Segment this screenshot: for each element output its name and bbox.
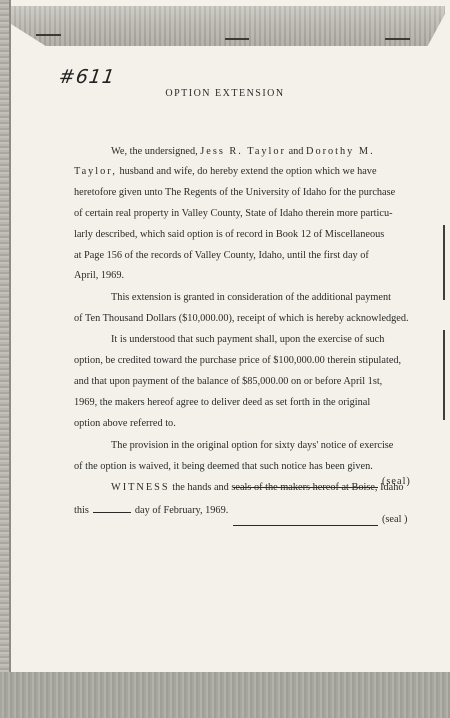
- margin-mark: [443, 225, 445, 300]
- folded-top-edge: [11, 6, 445, 46]
- party-name: Dorothy M.: [306, 146, 375, 157]
- para2-line1: This extension is granted in considerati…: [111, 292, 391, 303]
- scan-left-edge: [0, 0, 11, 718]
- witness-word: WITNESS: [111, 482, 170, 493]
- fold-mark: [36, 34, 61, 36]
- party-name: Taylor,: [74, 166, 117, 177]
- para1-line6: at Page 156 of the records of Valley Cou…: [74, 250, 369, 261]
- text: We, the undersigned,: [111, 146, 198, 157]
- para3-line2: option, be credited toward the purchase …: [74, 355, 401, 366]
- para1-line3: heretofore given unto The Regents of the…: [74, 187, 395, 198]
- margin-mark: [443, 330, 445, 420]
- party-name: Jess R. Taylor: [200, 146, 286, 157]
- text: this: [74, 505, 89, 516]
- signature-line-1: [233, 487, 378, 488]
- para1-line4: of certain real property in Valley Count…: [74, 208, 393, 219]
- para3-line5: option above referred to.: [74, 418, 176, 429]
- file-number: #611: [57, 66, 116, 88]
- signature-line-2: [233, 525, 378, 526]
- document-title: OPTION EXTENSION: [0, 88, 450, 99]
- text: and: [289, 146, 304, 157]
- para4-line2: of the option is waived, it being deemed…: [74, 461, 373, 472]
- seal-label-2: (seal ): [382, 514, 407, 525]
- seal-label-1: (seal): [382, 476, 411, 487]
- day-blank: [93, 503, 131, 513]
- para1-line1: We, the undersigned, Jess R. Taylor and …: [111, 146, 375, 157]
- text: day of February, 1969.: [135, 505, 228, 516]
- text: husband and wife, do hereby extend the o…: [119, 166, 376, 177]
- para3-line3: and that upon payment of the balance of …: [74, 376, 382, 387]
- witness-line2: thisday of February, 1969.: [74, 503, 228, 516]
- para1-line2: Taylor, husband and wife, do hereby exte…: [74, 166, 377, 177]
- para3-line4: 1969, the makers hereof agree to deliver…: [74, 397, 370, 408]
- para1-line5: larly described, which said option is of…: [74, 229, 384, 240]
- para4-line1: The provision in the original option for…: [111, 440, 393, 451]
- scan-bottom-edge: [0, 672, 450, 718]
- para2-line2: of Ten Thousand Dollars ($10,000.00), re…: [74, 313, 409, 324]
- fold-mark: [225, 38, 249, 40]
- para3-line1: It is understood that such payment shall…: [111, 334, 384, 345]
- fold-mark: [385, 38, 410, 40]
- para1-line7: April, 1969.: [74, 270, 124, 281]
